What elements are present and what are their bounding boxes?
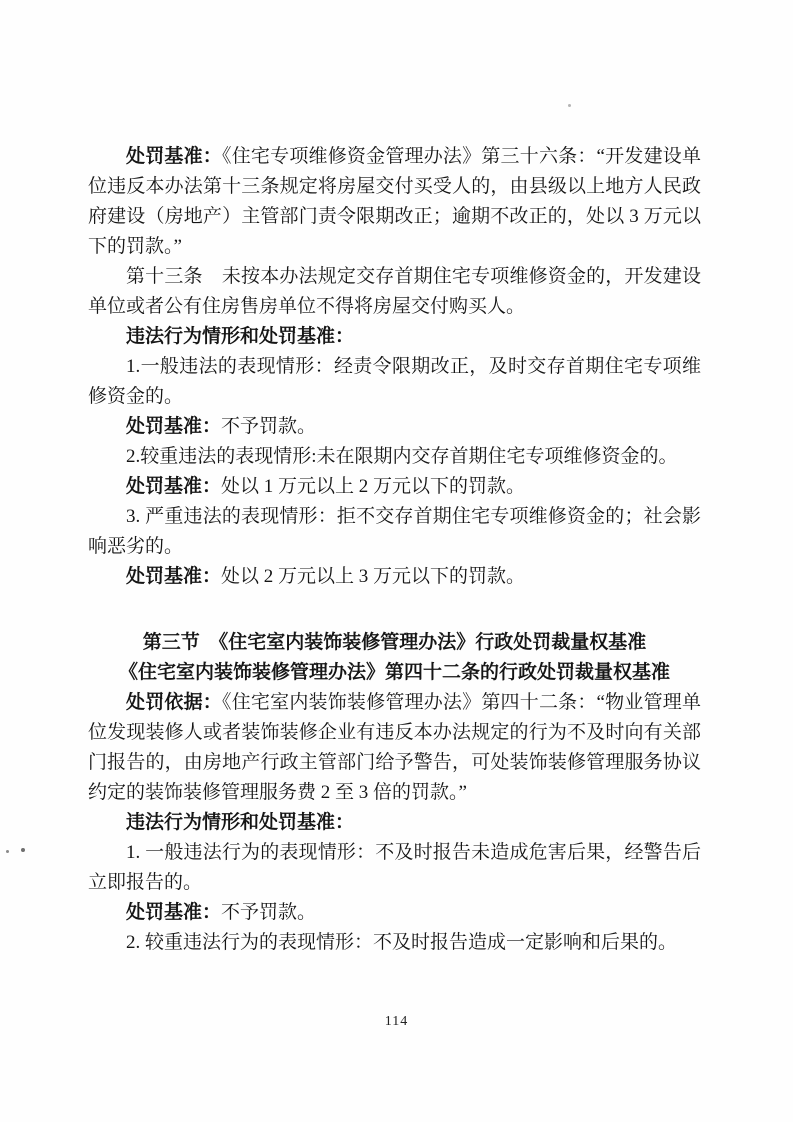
paragraph: 违法行为情形和处罚基准：	[88, 322, 701, 352]
paragraph: 第十三条 未按本办法规定交存首期住宅专项维修资金的，开发建设单位或者公有住房售房…	[88, 262, 701, 322]
paragraph: 处罚基准：处以 2 万元以上 3 万元以下的罚款。	[88, 562, 701, 592]
scan-speck	[568, 104, 571, 107]
paragraph: 处罚基准：不予罚款。	[88, 898, 701, 928]
paragraph: 3. 严重违法的表现情形：拒不交存首期住宅专项维修资金的；社会影响恶劣的。	[88, 502, 701, 562]
paragraph: 2.较重违法的表现情形:未在限期内交存首期住宅专项维修资金的。	[88, 442, 701, 472]
section-heading: 《住宅室内装饰装修管理办法》第四十二条的行政处罚裁量权基准	[88, 658, 701, 688]
paragraph: 1.一般违法的表现情形：经责令限期改正，及时交存首期住宅专项维修资金的。	[88, 352, 701, 412]
bold-lead: 处罚依据：	[126, 692, 222, 713]
page-number: 114	[0, 1013, 793, 1031]
paragraph: 2. 较重违法行为的表现情形：不及时报告造成一定影响和后果的。	[88, 928, 701, 958]
bold-lead: 处罚基准：	[126, 146, 222, 167]
paragraph: 处罚基准：不予罚款。	[88, 412, 701, 442]
scan-speck	[6, 850, 9, 853]
document-page: 处罚基准：《住宅专项维修资金管理办法》第三十六条：“开发建设单位违反本办法第十三…	[0, 0, 793, 1122]
section-heading: 第三节 《住宅室内装饰装修管理办法》行政处罚裁量权基准	[88, 628, 701, 658]
paragraph: 处罚基准：《住宅专项维修资金管理办法》第三十六条：“开发建设单位违反本办法第十三…	[88, 142, 701, 262]
bold-lead: 处罚基准：	[126, 902, 221, 923]
scan-speck	[21, 848, 25, 852]
bold-lead: 违法行为情形和处罚基准：	[126, 326, 354, 347]
paragraph: 1. 一般违法行为的表现情形：不及时报告未造成危害后果，经警告后立即报告的。	[88, 838, 701, 898]
bold-lead: 处罚基准：	[126, 416, 221, 437]
paragraph: 违法行为情形和处罚基准：	[88, 808, 701, 838]
bold-lead: 违法行为情形和处罚基准：	[126, 812, 354, 833]
paragraph: 处罚依据：《住宅室内装饰装修管理办法》第四十二条：“物业管理单位发现装修人或者装…	[88, 688, 701, 808]
bold-lead: 处罚基准：	[126, 476, 221, 497]
document-body: 处罚基准：《住宅专项维修资金管理办法》第三十六条：“开发建设单位违反本办法第十三…	[88, 142, 701, 958]
paragraph: 处罚基准：处以 1 万元以上 2 万元以下的罚款。	[88, 472, 701, 502]
bold-lead: 处罚基准：	[126, 566, 221, 587]
